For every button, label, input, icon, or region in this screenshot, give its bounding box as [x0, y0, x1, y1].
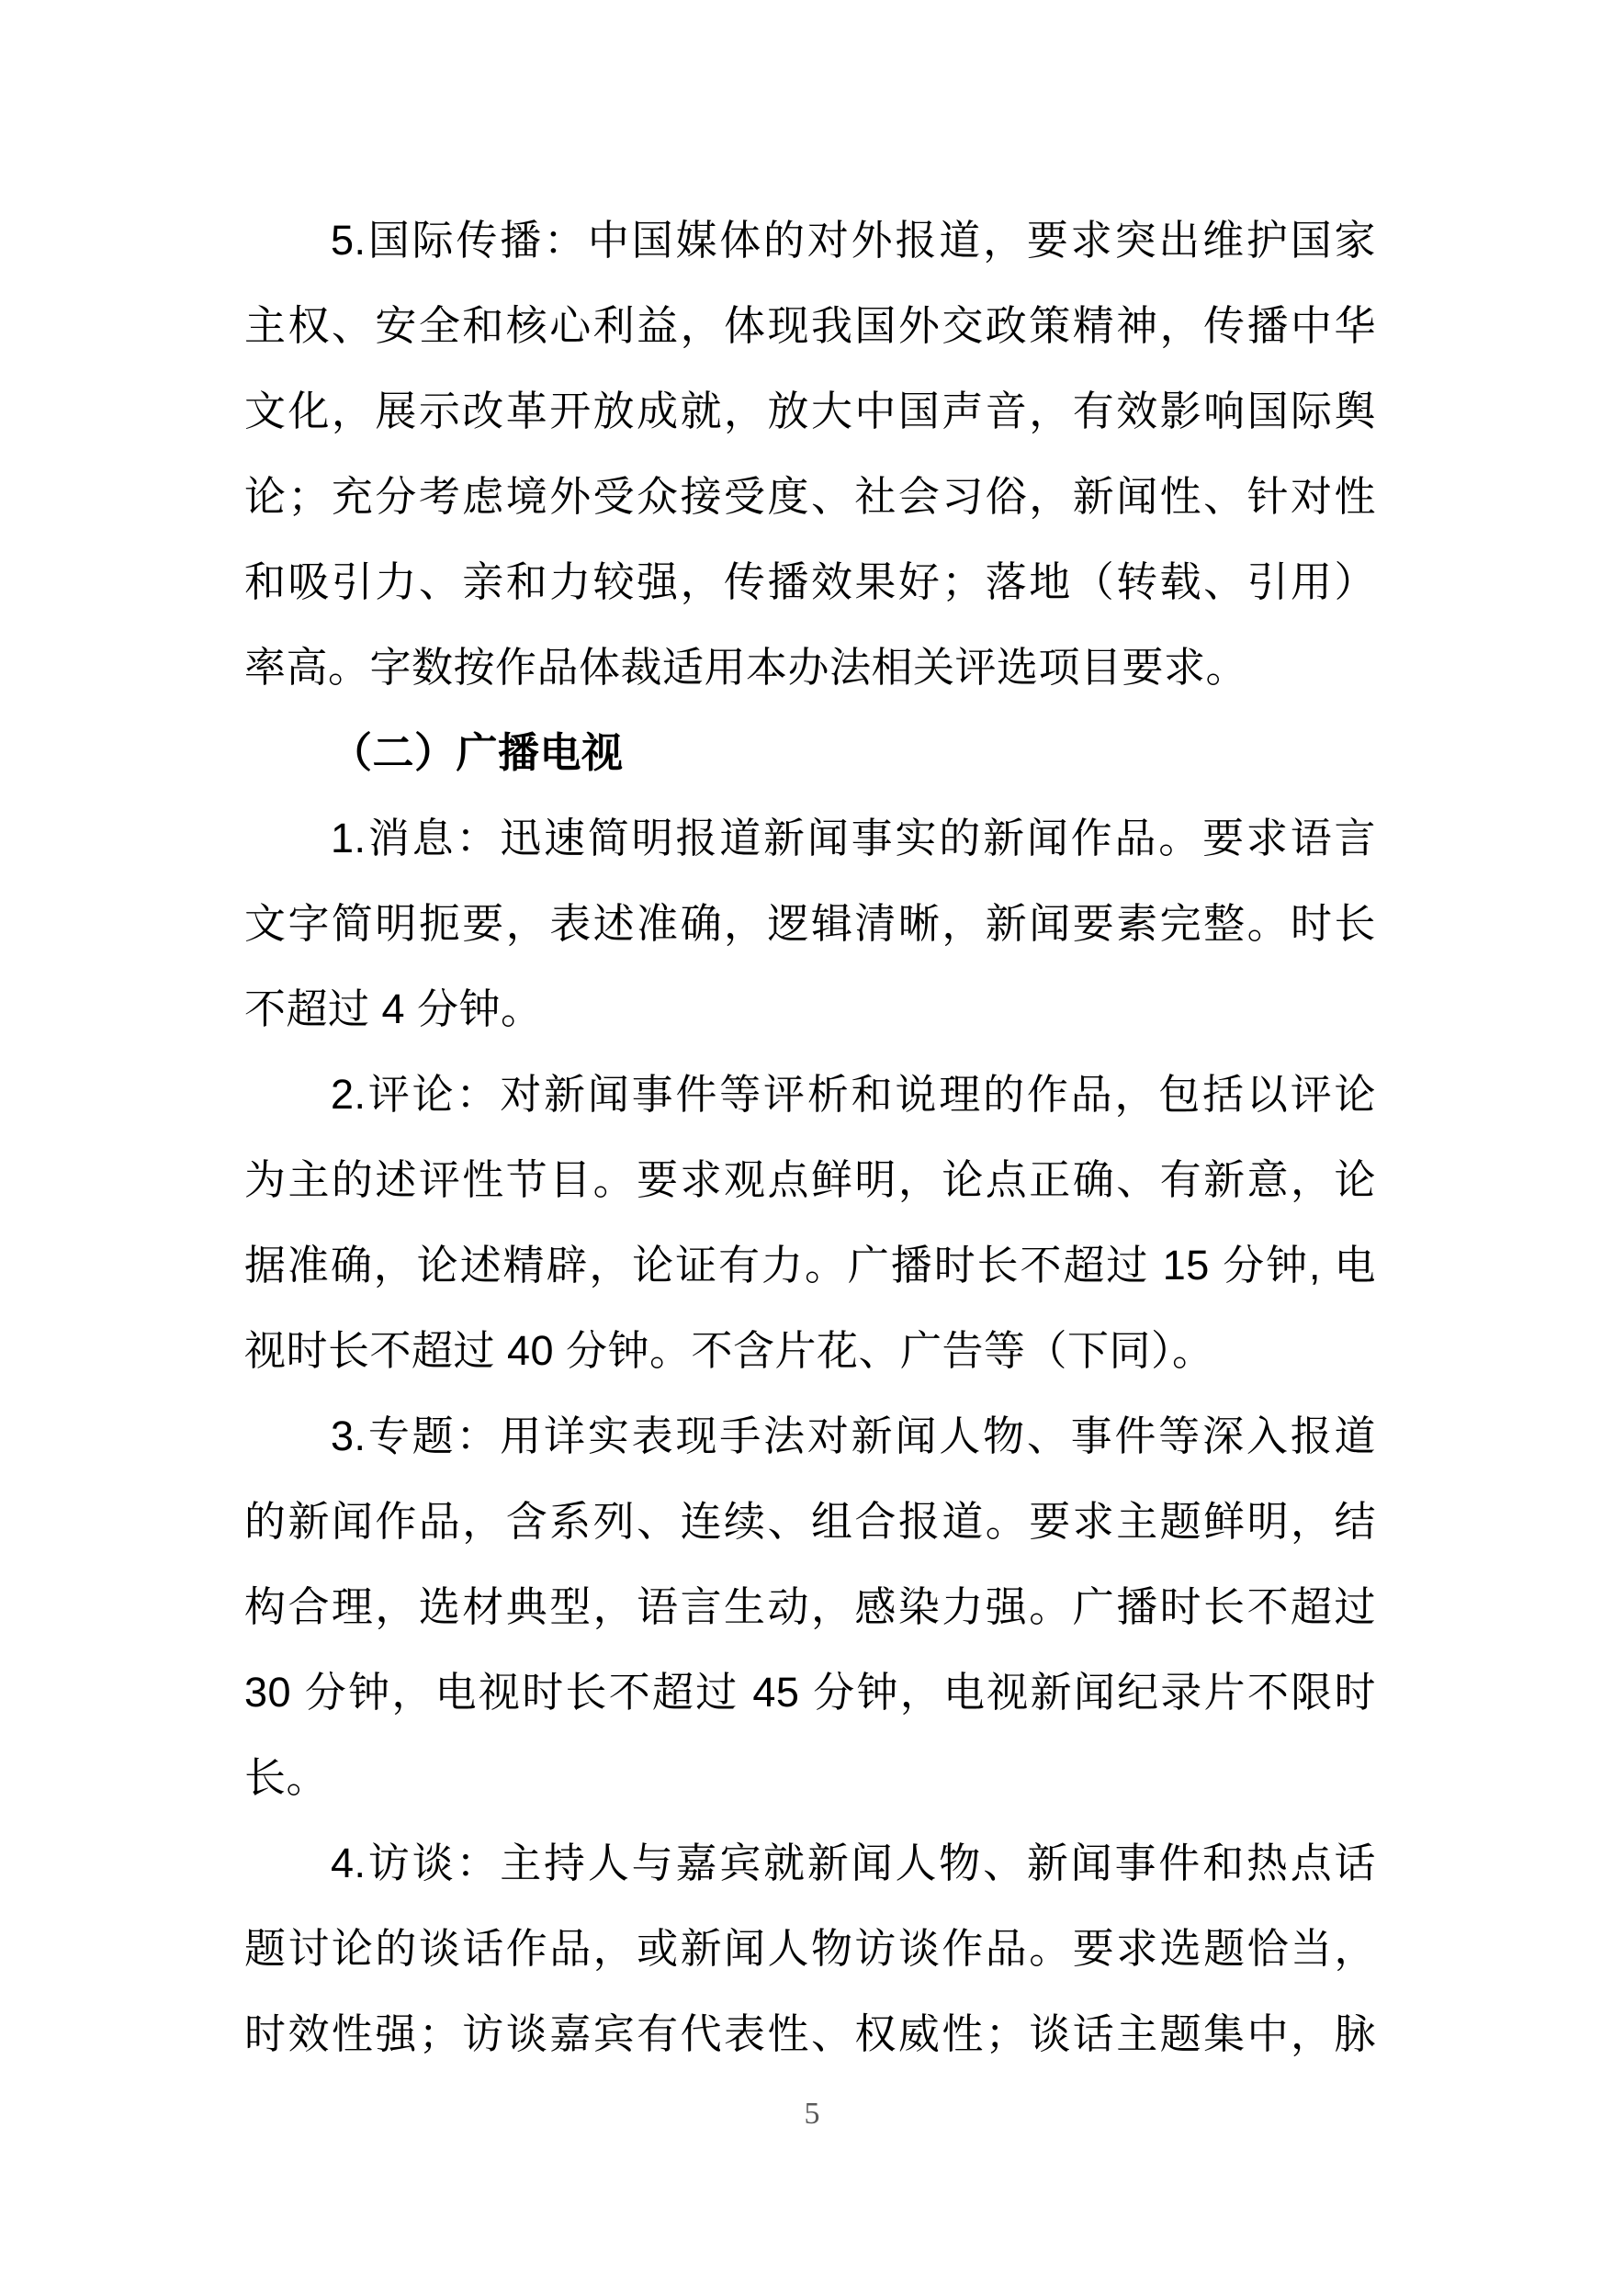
- page-number: 5: [0, 2097, 1624, 2132]
- text-line: 不超过 4 分钟。: [244, 966, 1376, 1052]
- paragraph: 2.评论：对新闻事件等评析和说理的作品，包括以评论为主的述评性节目。要求观点鲜明…: [244, 1052, 1376, 1393]
- document-body: 5.国际传播：中国媒体的对外报道，要求突出维护国家主权、安全和核心利益，体现我国…: [244, 197, 1376, 2077]
- text-line: 的新闻作品，含系列、连续、组合报道。要求主题鲜明，结: [244, 1479, 1376, 1564]
- section-heading: （二）广播电视: [244, 710, 1376, 795]
- text-line: 论；充分考虑境外受众接受度、社会习俗，新闻性、针对性: [244, 454, 1376, 539]
- document-page: 5.国际传播：中国媒体的对外报道，要求突出维护国家主权、安全和核心利益，体现我国…: [0, 0, 1624, 2296]
- text-line: 2.评论：对新闻事件等评析和说理的作品，包括以评论: [244, 1052, 1376, 1137]
- text-line: 文字简明扼要，表述准确，逻辑清晰，新闻要素完整。时长: [244, 881, 1376, 966]
- text-line: 和吸引力、亲和力较强，传播效果好；落地（转载、引用）: [244, 539, 1376, 625]
- text-line: 题讨论的谈话作品，或新闻人物访谈作品。要求选题恰当，: [244, 1906, 1376, 1991]
- text-line: 时效性强；访谈嘉宾有代表性、权威性；谈话主题集中，脉: [244, 1991, 1376, 2077]
- text-line: 文化，展示改革开放成就，放大中国声音，有效影响国际舆: [244, 368, 1376, 454]
- text-line: 4.访谈：主持人与嘉宾就新闻人物、新闻事件和热点话: [244, 1820, 1376, 1906]
- text-line: 构合理，选材典型，语言生动，感染力强。广播时长不超过: [244, 1564, 1376, 1649]
- paragraph: 1.消息：迅速简明报道新闻事实的新闻作品。要求语言文字简明扼要，表述准确，逻辑清…: [244, 795, 1376, 1052]
- text-line: 长。: [244, 1735, 1376, 1820]
- text-line: 30 分钟，电视时长不超过 45 分钟，电视新闻纪录片不限时: [244, 1649, 1376, 1735]
- text-line: 为主的述评性节目。要求观点鲜明，论点正确、有新意，论: [244, 1137, 1376, 1222]
- text-line: 率高。字数按作品体裁适用本办法相关评选项目要求。: [244, 625, 1376, 710]
- text-line: 据准确，论述精辟，论证有力。广播时长不超过 15 分钟, 电: [244, 1222, 1376, 1308]
- paragraph: 4.访谈：主持人与嘉宾就新闻人物、新闻事件和热点话题讨论的谈话作品，或新闻人物访…: [244, 1820, 1376, 2077]
- text-line: 3.专题：用详实表现手法对新闻人物、事件等深入报道: [244, 1393, 1376, 1479]
- heading-line: （二）广播电视: [244, 710, 1376, 795]
- text-line: 视时长不超过 40 分钟。不含片花、广告等（下同）。: [244, 1308, 1376, 1393]
- paragraph: 3.专题：用详实表现手法对新闻人物、事件等深入报道的新闻作品，含系列、连续、组合…: [244, 1393, 1376, 1820]
- text-line: 1.消息：迅速简明报道新闻事实的新闻作品。要求语言: [244, 795, 1376, 881]
- text-line: 主权、安全和核心利益，体现我国外交政策精神，传播中华: [244, 283, 1376, 368]
- paragraph: 5.国际传播：中国媒体的对外报道，要求突出维护国家主权、安全和核心利益，体现我国…: [244, 197, 1376, 710]
- text-line: 5.国际传播：中国媒体的对外报道，要求突出维护国家: [244, 197, 1376, 283]
